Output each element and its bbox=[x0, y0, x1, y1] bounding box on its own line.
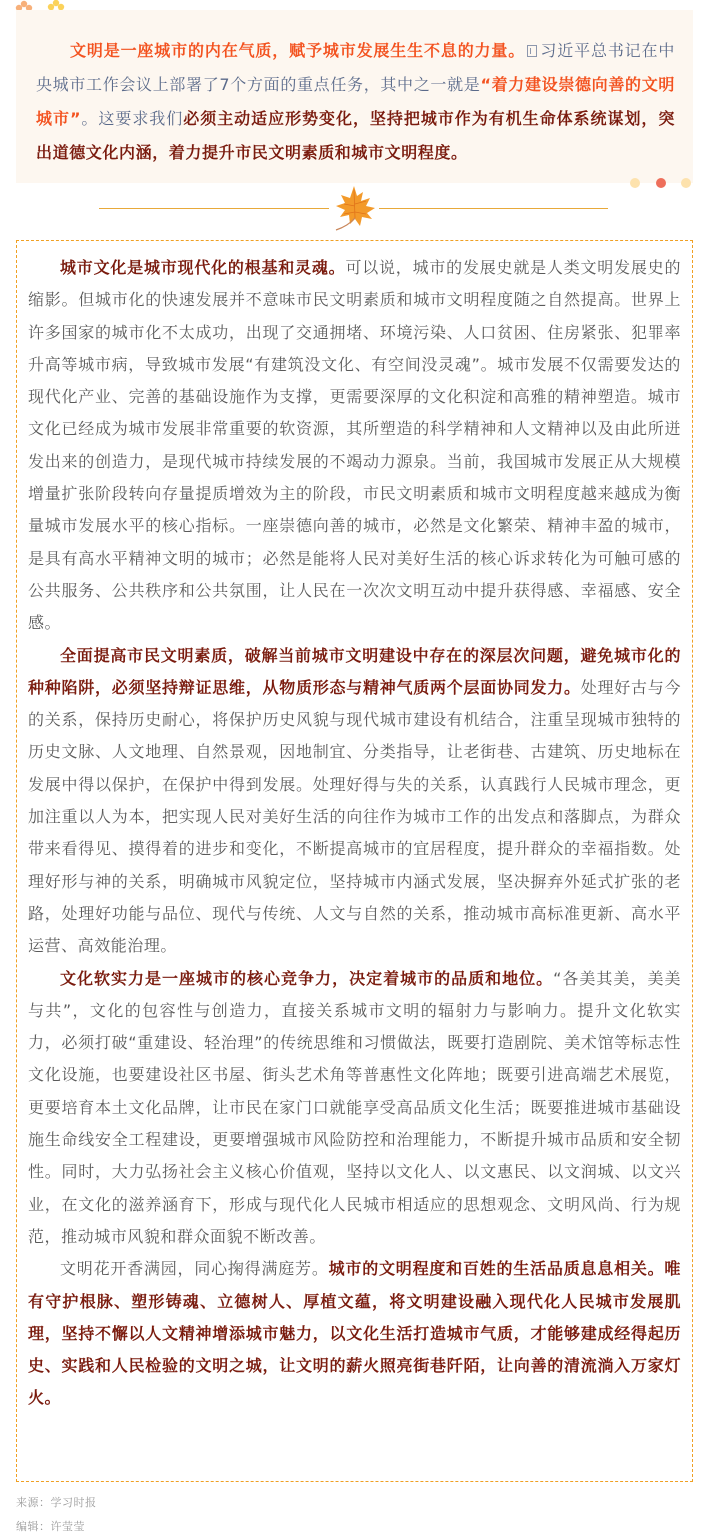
dot-icon bbox=[656, 178, 666, 188]
dot-icon bbox=[681, 178, 691, 188]
article-paragraph: 文明花开香满园，同心掬得满庭芳。城市的文明程度和百姓的生活品质息息相关。唯有守护… bbox=[28, 1253, 681, 1414]
paragraph-text: 处理好古与今的关系，保持历史耐心，将保护历史风貌与现代城市建设有机结合，注重呈现… bbox=[28, 678, 681, 955]
source-label: 来源：学习时报 bbox=[16, 1494, 97, 1510]
article-body: 城市文化是城市现代化的根基和灵魂。可以说，城市的发展史就是人类文明发展史的缩影。… bbox=[16, 240, 693, 1482]
divider-line-left bbox=[99, 208, 329, 209]
paragraph-text: 文明花开香满园，同心掬得满庭芳。 bbox=[60, 1259, 329, 1278]
divider-line-right bbox=[379, 208, 608, 209]
article-paragraph: 城市文化是城市现代化的根基和灵魂。可以说，城市的发展史就是人类文明发展史的缩影。… bbox=[28, 252, 681, 640]
paragraph-lead: 文化软实力是一座城市的核心竞争力，决定着城市的品质和地位。 bbox=[60, 969, 553, 988]
dot-icon bbox=[630, 178, 640, 188]
paragraph-conclusion: 城市的文明程度和百姓的生活品质息息相关。唯有守护根脉、塑形铸魂、立德树人、厚植文… bbox=[28, 1259, 681, 1407]
article-paragraph: 全面提高市民文明素质，破解当前城市文明建设中存在的深层次问题，避免城市化的种种陷… bbox=[28, 640, 681, 963]
intro-lead-text: 文明是一座城市的内在气质，赋予城市发展生生不息的力量。 bbox=[70, 41, 525, 60]
document-icon bbox=[527, 45, 537, 57]
paragraph-lead: 城市文化是城市现代化的根基和灵魂。 bbox=[60, 258, 345, 277]
intro-text: 。这要求我们 bbox=[81, 109, 183, 128]
intro-box: 文明是一座城市的内在气质，赋予城市发展生生不息的力量。习近平总书记在中央城市工作… bbox=[16, 10, 693, 183]
paragraph-text: 可以说，城市的发展史就是人类文明发展史的缩影。但城市化的快速发展并不意味市民文明… bbox=[28, 258, 681, 632]
editor-label: 编辑：许莹莹 bbox=[16, 1518, 85, 1532]
article-paragraph: 文化软实力是一座城市的核心竞争力，决定着城市的品质和地位。“各美其美，美美与共”… bbox=[28, 963, 681, 1254]
intro-paragraph: 文明是一座城市的内在气质，赋予城市发展生生不息的力量。习近平总书记在中央城市工作… bbox=[36, 34, 675, 170]
maple-leaf-icon bbox=[330, 184, 380, 234]
paragraph-text: “各美其美，美美与共”，文化的包容性与创造力，直接关系城市文明的辐射力与影响力。… bbox=[28, 969, 681, 1246]
